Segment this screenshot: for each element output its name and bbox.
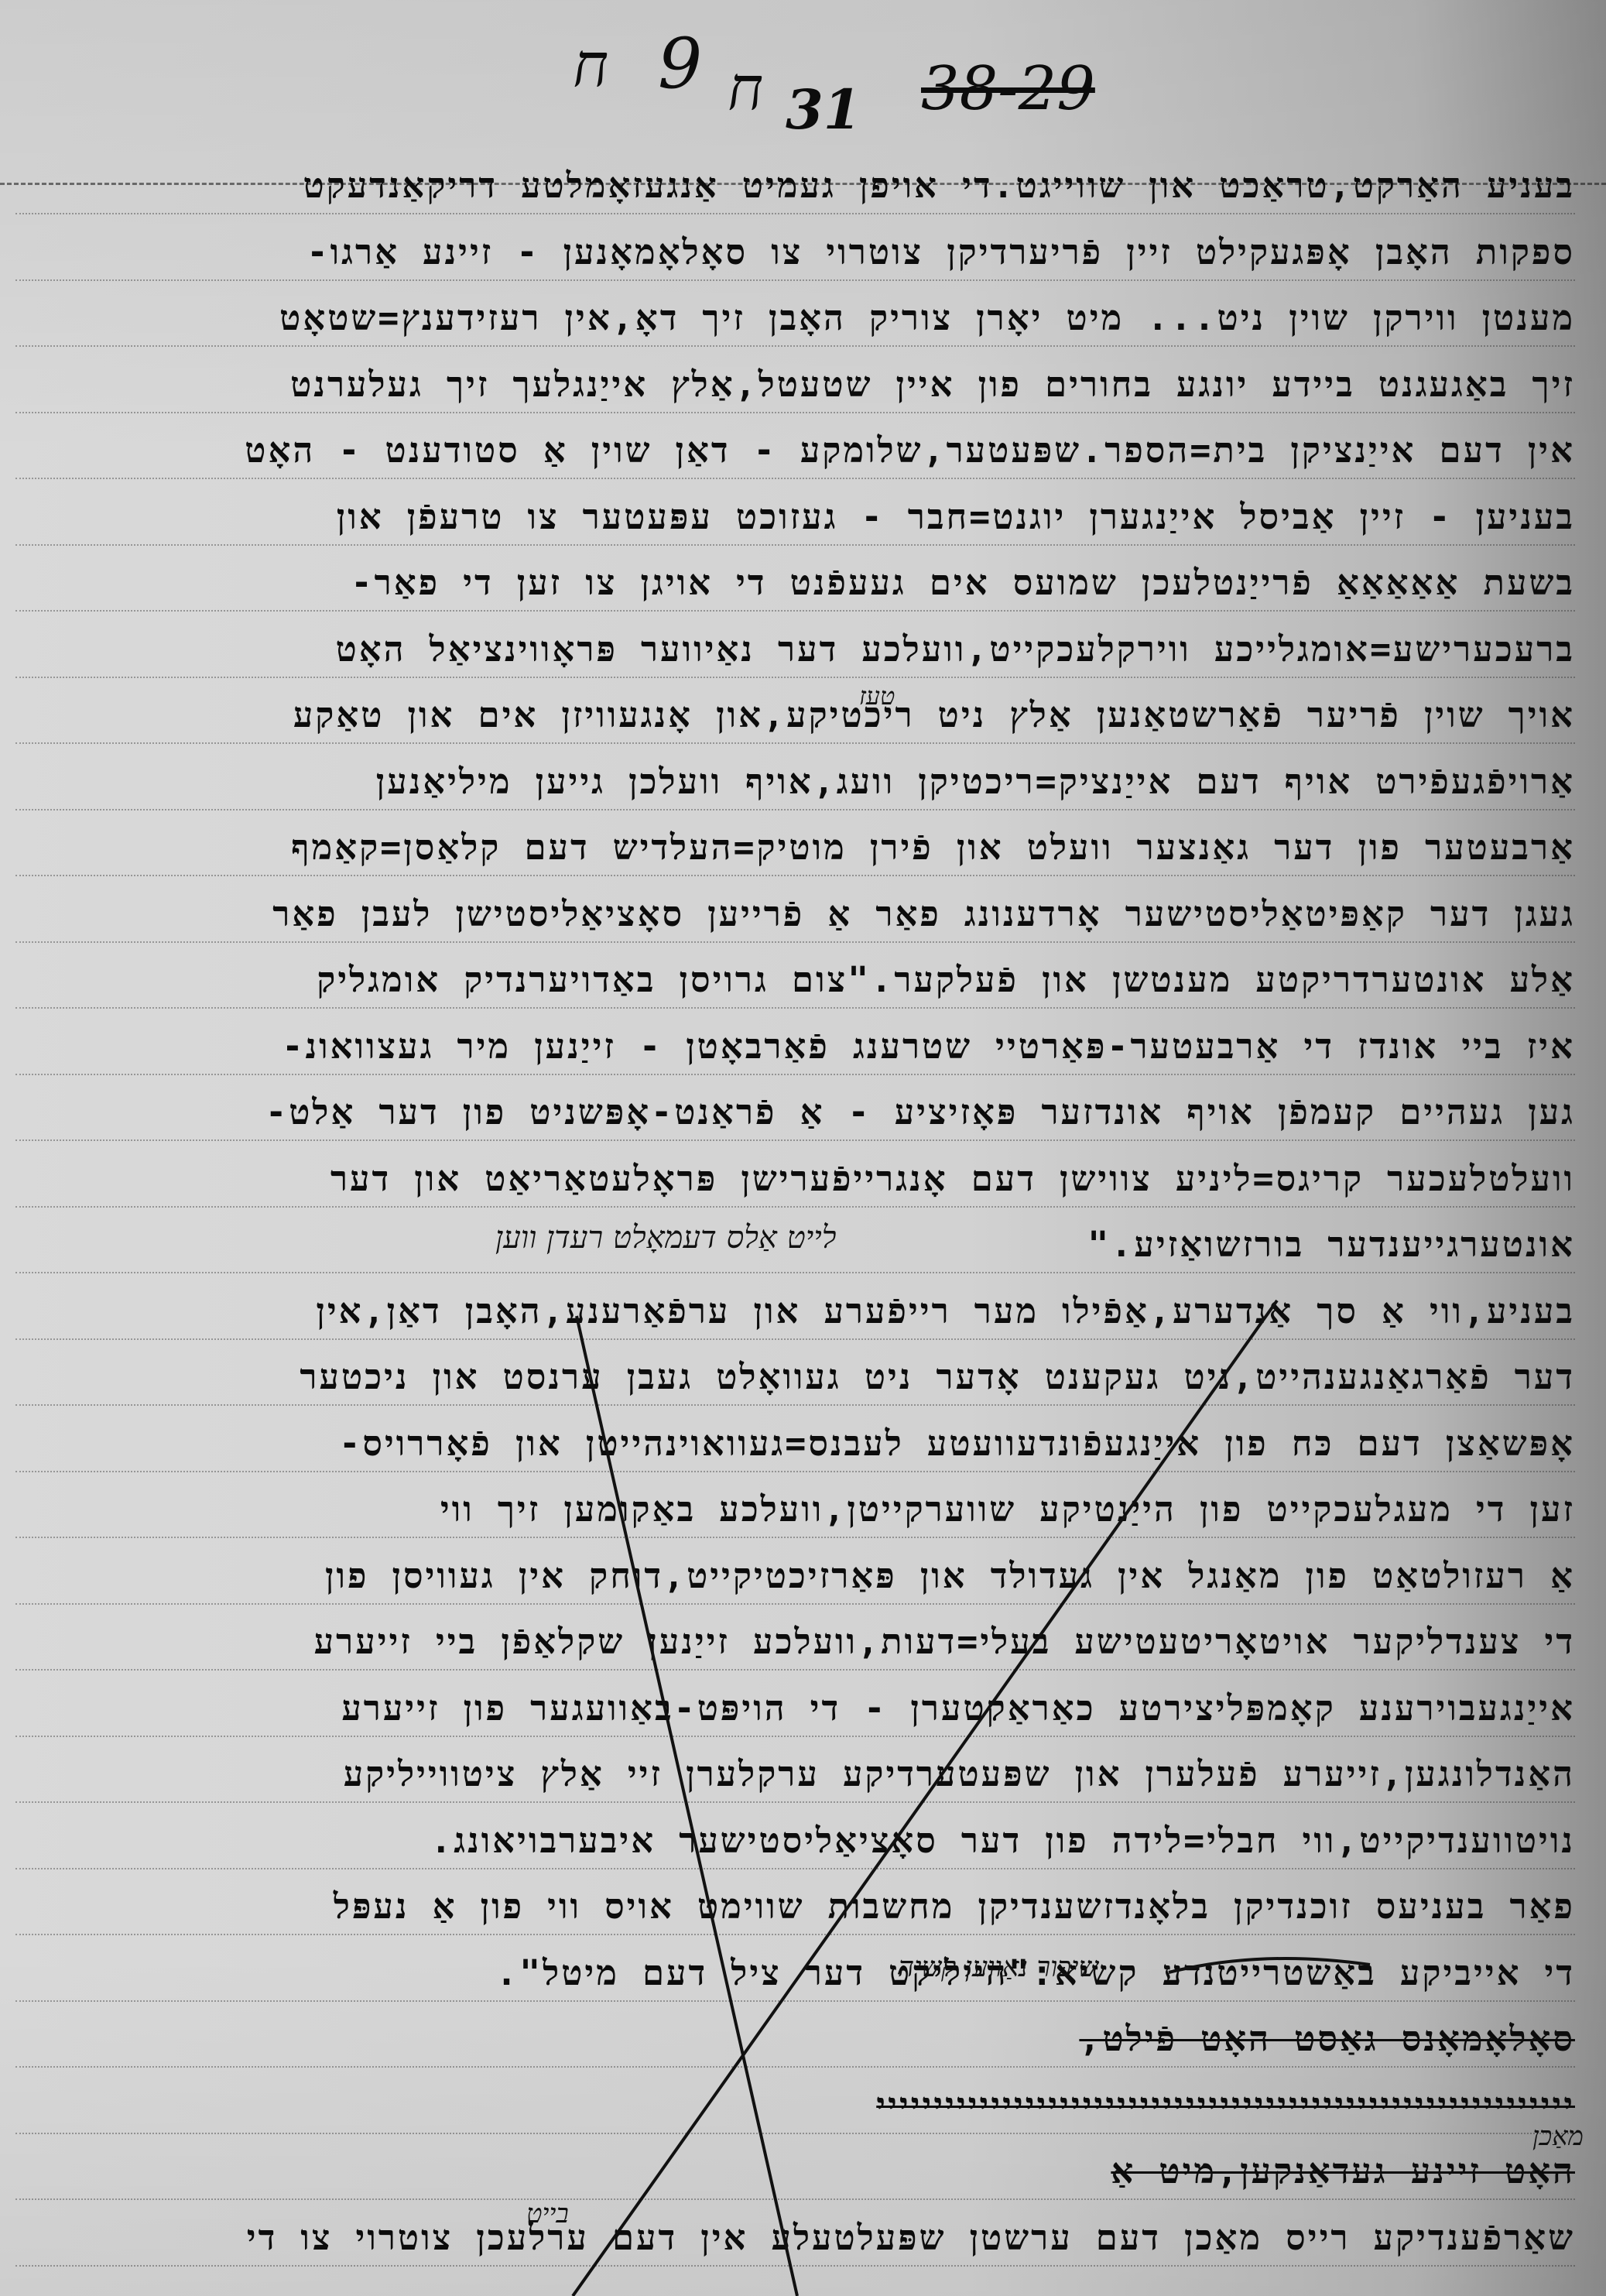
typed-line-text: אַלע אונטערדריקטע מענטשן און פֿעלקער."צו… [317, 959, 1575, 1000]
typed-line-text: געגן דער קאַפּיטאַליסטישער אָרדענונג פאַ… [272, 893, 1575, 934]
typed-line-text: אַרויפֿגעפֿירט אויף דעם אייַנציק=ריכטיקן… [376, 761, 1575, 802]
typed-line: וועלטלעכער קריגס=ליניע צווישן דעם אָנגרי… [15, 1152, 1575, 1208]
typed-line-text: וועלטלעכער קריגס=ליניע צווישן דעם אָנגרי… [330, 1158, 1575, 1199]
typed-line-text: אויך שוין פֿריער פֿאַרשטאַנען אַלץ ניט ר… [293, 694, 1575, 735]
typed-line: אַ רעזולטאַט פון מאַנגל אין געדולד און פ… [15, 1549, 1575, 1605]
typed-line-text: אין דעם אייַנציקן בית=הספר.שפּעטער,שלומק… [245, 430, 1575, 471]
typed-line: יייייייייייייייייייייייייייייייייייייייי… [15, 2078, 1575, 2134]
typed-line-text: זען די מעגלעכקייט פון הייַנטיקע שווערקיי… [440, 1489, 1575, 1530]
typed-line-text: נויטווענדיקייט,ווי חבלי=לידה פון דער סאָ… [430, 1820, 1575, 1861]
typed-line: סאָלאָמאָנס גאַסט האָט פֿילט, [15, 2012, 1575, 2068]
scanned-document-page: ח 9 ח 31 38-29 בעניע האַרקט,טראַכט און ש… [0, 0, 1606, 2296]
typed-line-text: אַרבעטער פון דער גאַנצער וועלט און פֿירן… [291, 827, 1575, 868]
typed-line-text: בעניען - זיין אַביסל אייַנגערן יוגנט=חבר… [337, 496, 1575, 537]
typed-line-text: האַנדלונגען,זייערע פֿעלערן און שפּעטערדי… [344, 1753, 1575, 1794]
typed-line: דער פֿאַרגאַנגענהייט,ניט געקענט אָדער ני… [15, 1350, 1575, 1406]
typed-line-text: זיך באַגעגנט ביידע יונגע בחורים פון איין… [290, 364, 1575, 405]
typed-line: בעניען - זיין אַביסל אייַנגערן יוגנט=חבר… [15, 490, 1575, 546]
typed-line-text: ספקות האָבן אָפּגעקילט זיין פֿריערדיקן צ… [307, 231, 1576, 272]
handwritten-note-margin: לייט אַלס דעמאָלט רעדן ווען [495, 1219, 836, 1256]
typed-line: איז ביי אונדז די אַרבעטער-פּאַרטיי שטרענ… [15, 1019, 1575, 1075]
typed-line-text: בעניע האַרקט,טראַכט און שווייגט.די אויפן… [303, 165, 1575, 206]
typed-line: האַנדלונגען,זייערע פֿעלערן און שפּעטערדי… [15, 1747, 1575, 1803]
typed-line: זען די מעגלעכקייט פון הייַנטיקע שווערקיי… [15, 1482, 1575, 1538]
typed-line-text: אונטערגייענדער בורזשואַזיע." [1087, 1224, 1575, 1265]
typed-line-text: מענטן ווירקן שוין ניט... מיט יאָרן צוריק… [279, 297, 1575, 338]
typed-line-text: גען געהיים קעמפֿן אויף אונדזער פּאָזיציע… [265, 1091, 1575, 1133]
typed-line-text: אַ רעזולטאַט פון מאַנגל אין געדולד און פ… [325, 1555, 1575, 1596]
typed-line: אין דעם אייַנציקן בית=הספר.שפּעטער,שלומק… [15, 423, 1575, 479]
typed-line-text: יייייייייייייייייייייייייייייייייייייייי… [876, 2085, 1575, 2126]
typed-line: גען געהיים קעמפֿן אויף אונדזער פּאָזיציע… [15, 1085, 1575, 1141]
typed-line: זיך באַגעגנט ביידע יונגע בחורים פון איין… [15, 358, 1575, 413]
typed-line: אָפּשאַצן דעם כּח פון אייַנגעפֿונדעוועטע… [15, 1417, 1575, 1472]
typed-line: נויטווענדיקייט,ווי חבלי=לידה פון דער סאָ… [15, 1814, 1575, 1869]
typed-line: ספקות האָבן אָפּגעקילט זיין פֿריערדיקן צ… [15, 225, 1575, 281]
typed-line: געגן דער קאַפּיטאַליסטישער אָרדענונג פאַ… [15, 887, 1575, 943]
typed-line-text: ברעכערישע=אומגלייכע ווירקלעכקייט,וועלכע … [336, 629, 1575, 670]
typed-line-text: שאַרפֿענדיקע רייס מאַכן דעם ערשטן שפּעלט… [247, 2217, 1575, 2258]
typed-line: די צענדליקער אויטאָריטעטישע בעלי=דעות,וו… [15, 1615, 1575, 1671]
typed-line-text: פאַר בעניעס זוכנדיקן בלאָנדזשענדיקן מחשב… [334, 1886, 1575, 1927]
typed-line-text: בעניע,ווי אַ סך אַנדערע,אַפֿילו מער רייפ… [316, 1290, 1575, 1331]
typed-line-text: סאָלאָמאָנס גאַסט האָט פֿילט, [1079, 2018, 1575, 2059]
handwritten-note-correction: שיכּור נאַווען קשיה [898, 1951, 1098, 1983]
typed-line: אַרויפֿגעפֿירט אויף דעם אייַנציק=ריכטיקן… [15, 755, 1575, 810]
typed-line: בשעת אַאַאַאַאַ פֿרייַנטלעכן שמועס אים ג… [15, 556, 1575, 612]
typed-line-text: די צענדליקער אויטאָריטעטישע בעלי=דעות,וו… [314, 1621, 1575, 1662]
typed-line: פאַר בעניעס זוכנדיקן בלאָנדזשענדיקן מחשב… [15, 1880, 1575, 1935]
typed-line: בעניע האַרקט,טראַכט און שווייגט.די אויפן… [15, 159, 1575, 214]
handwritten-note-insert: טעז [859, 681, 895, 711]
typed-line-text: האָט זיינע געדאַנקען,מיט אַ [1111, 2150, 1575, 2191]
typed-line-text: אייַנגעבוירענע קאָמפּליצירטע כאַראַקטערן… [341, 1688, 1575, 1729]
typed-line: ברעכערישע=אומגלייכע ווירקלעכקייט,וועלכע … [15, 622, 1575, 678]
typed-line: אַרבעטער פון דער גאַנצער וועלט און פֿירן… [15, 821, 1575, 876]
typed-line-text: בשעת אַאַאַאַאַ פֿרייַנטלעכן שמועס אים ג… [351, 562, 1575, 603]
typed-text-body: בעניע האַרקט,טראַכט און שווייגט.די אויפן… [0, 0, 1606, 2296]
typed-line: האָט זיינע געדאַנקען,מיט אַ [15, 2144, 1575, 2200]
typed-line: מענטן ווירקן שוין ניט... מיט יאָרן צוריק… [15, 291, 1575, 347]
typed-line-text: איז ביי אונדז די אַרבעטער-פּאַרטיי שטרענ… [282, 1026, 1575, 1067]
typed-line: בעניע,ווי אַ סך אַנדערע,אַפֿילו מער רייפ… [15, 1284, 1575, 1340]
typed-line: אויך שוין פֿריער פֿאַרשטאַנען אַלץ ניט ר… [15, 688, 1575, 744]
typed-line-text: דער פֿאַרגאַנגענהייט,ניט געקענט אָדער ני… [300, 1356, 1575, 1397]
typed-line: אייַנגעבוירענע קאָמפּליצירטע כאַראַקטערן… [15, 1681, 1575, 1737]
typed-line: די אייביקע באַשטרייטנדע קשיא:"הייליקט דע… [15, 1946, 1575, 2002]
typed-line-text: אָפּשאַצן דעם כּח פון אייַנגעפֿונדעוועטע… [339, 1423, 1575, 1464]
typed-line: שאַרפֿענדיקע רייס מאַכן דעם ערשטן שפּעלט… [15, 2211, 1575, 2267]
handwritten-note-bottom: בייט [526, 2198, 569, 2229]
handwritten-note-left: מאַכן [1532, 2121, 1584, 2152]
typed-line: אַלע אונטערדריקטע מענטשן און פֿעלקער."צו… [15, 953, 1575, 1009]
